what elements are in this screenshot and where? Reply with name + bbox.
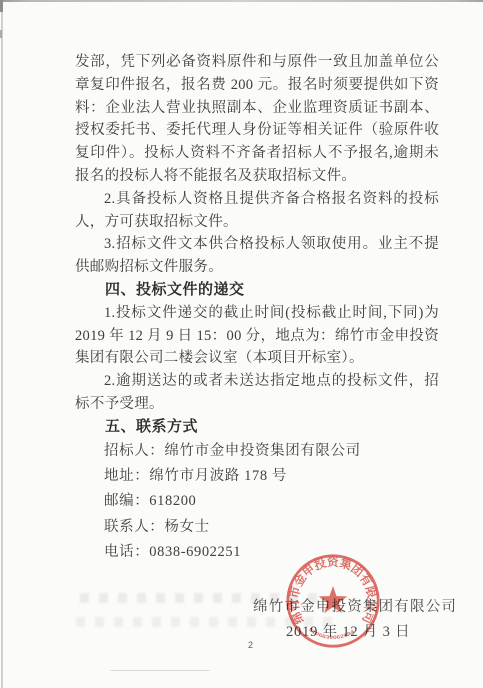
seal-star [319, 586, 348, 613]
page-number: 2 [248, 640, 253, 650]
paragraph-item-2: 2.具备投标人资格且提供齐备合格报名资料的投标人，方可获取招标文件。 [75, 188, 439, 234]
document-page: 发部，凭下列必备资料原件和与原件一致且加盖单位公章复印件报名，报名费 200 元… [0, 0, 483, 688]
scan-edge-corner [0, 0, 3, 12]
section-heading-contact: 五、联系方式 [75, 416, 439, 439]
scan-edge-blip [0, 30, 2, 38]
official-seal: 绵竹市金申投资集团有限公司 5106839062194 [285, 553, 381, 649]
paragraph-registration-requirements: 发部，凭下列必备资料原件和与原件一致且加盖单位公章复印件报名，报名费 200 元… [75, 51, 439, 188]
contact-address: 地址：绵竹市月波路 178 号 [75, 464, 439, 489]
seal-code: 5106839062194 [307, 627, 356, 641]
contact-bidder: 招标人：绵竹市金申投资集团有限公司 [75, 439, 439, 464]
scan-scratch-line [110, 670, 210, 671]
scan-edge-left [1, 0, 3, 688]
contact-phone: 电话：0838-6902251 [75, 540, 439, 565]
section-heading-bid-submission: 四、投标文件的递交 [75, 279, 439, 302]
contact-zip-code: 邮编：618200 [75, 489, 439, 514]
paragraph-deadline: 1.投标文件递交的截止时间(投标截止时间,下同)为 2019 年 12 月 9 … [75, 302, 439, 370]
contact-person: 联系人：杨女士 [75, 515, 439, 540]
paragraph-item-3: 3.招标文件文本供合格投标人领取使用。业主不提供邮购招标文件服务。 [75, 233, 439, 279]
scan-edge-top [0, 0, 483, 2]
document-body: 发部，凭下列必备资料原件和与原件一致且加盖单位公章复印件报名，报名费 200 元… [75, 51, 439, 566]
paragraph-late-submission: 2.逾期送达的或者未送达指定地点的投标文件，招标不予受理。 [75, 370, 439, 416]
